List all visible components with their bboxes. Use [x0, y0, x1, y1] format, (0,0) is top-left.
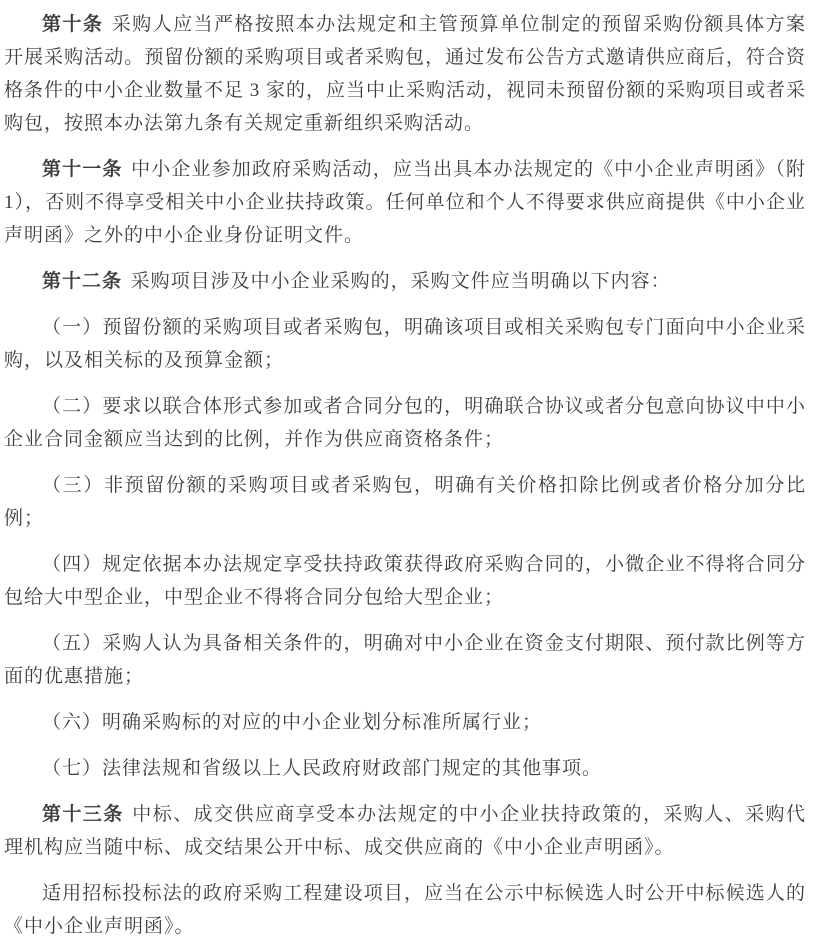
paragraph-text: （四）规定依据本办法规定享受扶持政策获得政府采购合同的，小微企业不得将合同分包给… — [4, 554, 806, 608]
paragraph-item-2: （二）要求以联合体形式参加或者合同分包的，明确联合协议或者分包意向协议中中小企业… — [4, 390, 806, 456]
paragraph-item-5: （五）采购人认为具备相关条件的，明确对中小企业在资金支付期限、预付款比例等方面的… — [4, 627, 806, 693]
article-number: 第十条 — [42, 14, 103, 35]
paragraph-text: （一）预留份额的采购项目或者采购包，明确该项目或相关采购包专门面向中小企业采购，… — [4, 317, 806, 371]
paragraph-item-4: （四）规定依据本办法规定享受扶持政策获得政府采购合同的，小微企业不得将合同分包给… — [4, 548, 806, 614]
paragraph-text: 采购项目涉及中小企业采购的，采购文件应当明确以下内容： — [131, 271, 671, 292]
paragraph-text: （三）非预留份额的采购项目或者采购包，明确有关价格扣除比例或者价格分加分比例； — [4, 475, 806, 529]
paragraph-text: （五）采购人认为具备相关条件的，明确对中小企业在资金支付期限、预付款比例等方面的… — [4, 633, 806, 687]
paragraph-text: 采购人应当严格按照本办法规定和主管预算单位制定的预留采购份额具体方案开展采购活动… — [4, 14, 806, 134]
paragraph-item-1: （一）预留份额的采购项目或者采购包，明确该项目或相关采购包专门面向中小企业采购，… — [4, 311, 806, 377]
paragraph-article-13: 第十三条中标、成交供应商享受本办法规定的中小企业扶持政策的，采购人、采购代理机构… — [4, 798, 806, 864]
document-page: 第十条采购人应当严格按照本办法规定和主管预算单位制定的预留采购份额具体方案开展采… — [0, 0, 810, 947]
paragraph-text: 中标、成交供应商享受本办法规定的中小企业扶持政策的，采购人、采购代理机构应当随中… — [4, 804, 806, 858]
article-number: 第十一条 — [42, 159, 123, 180]
paragraph-article-11: 第十一条中小企业参加政府采购活动，应当出具本办法规定的《中小企业声明函》（附 1… — [4, 153, 806, 252]
paragraph-article-12: 第十二条采购项目涉及中小企业采购的，采购文件应当明确以下内容： — [4, 265, 806, 298]
article-number: 第十二条 — [42, 271, 122, 292]
paragraph-text: （二）要求以联合体形式参加或者合同分包的，明确联合协议或者分包意向协议中中小企业… — [4, 396, 806, 450]
paragraph-text: （六）明确采购标的对应的中小企业划分标准所属行业； — [42, 712, 542, 733]
paragraph-text: 中小企业参加政府采购活动，应当出具本办法规定的《中小企业声明函》（附 1），否则… — [4, 159, 806, 246]
paragraph-text: （七）法律法规和省级以上人民政府财政部门规定的其他事项。 — [42, 758, 602, 779]
paragraph-closing: 适用招标投标法的政府采购工程建设项目，应当在公示中标候选人时公开中标候选人的《中… — [4, 877, 806, 943]
paragraph-item-7: （七）法律法规和省级以上人民政府财政部门规定的其他事项。 — [4, 752, 806, 785]
article-number: 第十三条 — [42, 804, 124, 825]
paragraph-item-3: （三）非预留份额的采购项目或者采购包，明确有关价格扣除比例或者价格分加分比例； — [4, 469, 806, 535]
paragraph-item-6: （六）明确采购标的对应的中小企业划分标准所属行业； — [4, 706, 806, 739]
paragraph-article-10: 第十条采购人应当严格按照本办法规定和主管预算单位制定的预留采购份额具体方案开展采… — [4, 8, 806, 140]
paragraph-text: 适用招标投标法的政府采购工程建设项目，应当在公示中标候选人时公开中标候选人的《中… — [4, 883, 806, 937]
